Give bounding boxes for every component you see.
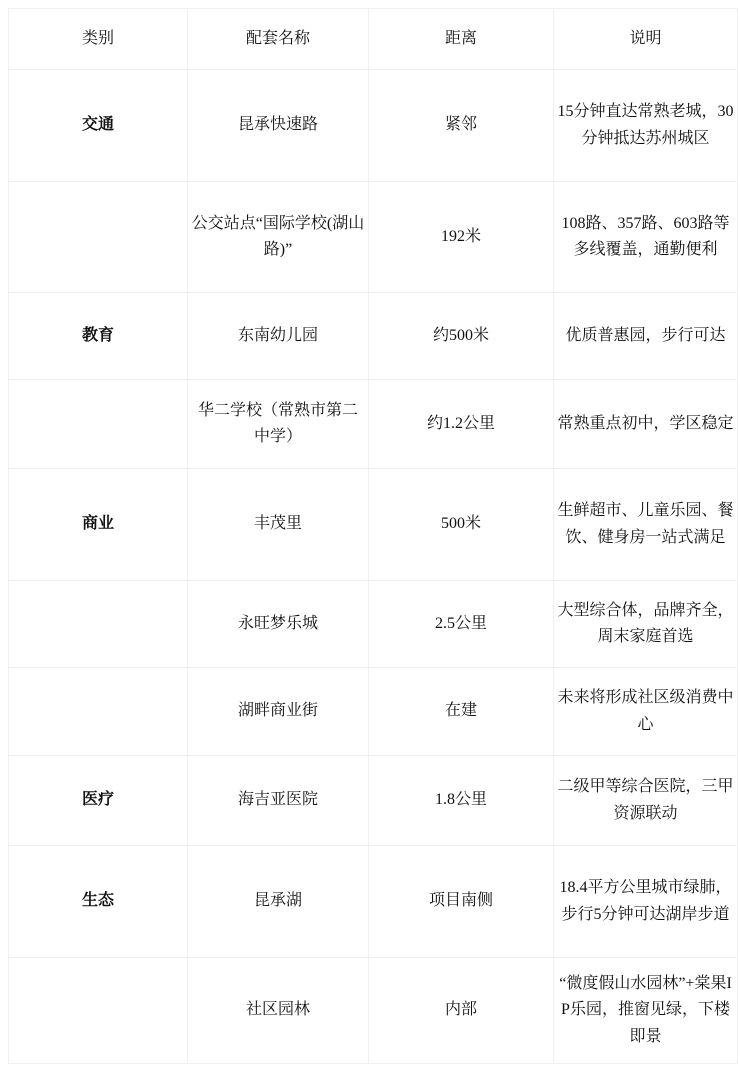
cell-name: 湖畔商业街 bbox=[188, 668, 369, 756]
cell-distance: 1.8公里 bbox=[369, 756, 554, 846]
cell-category: 生态 bbox=[9, 846, 188, 958]
column-header-distance: 距离 bbox=[369, 9, 554, 70]
column-header-description: 说明 bbox=[554, 9, 738, 70]
cell-distance: 500米 bbox=[369, 469, 554, 581]
cell-category bbox=[9, 182, 188, 293]
cell-category: 交通 bbox=[9, 70, 188, 182]
cell-description: 生鲜超市、儿童乐园、餐饮、健身房一站式满足 bbox=[554, 469, 738, 581]
table-row: 社区园林 内部 “微度假山水园林”+棠果IP乐园，推窗见绿，下楼即景 bbox=[9, 958, 738, 1064]
table-row: 湖畔商业街 在建 未来将形成社区级消费中心 bbox=[9, 668, 738, 756]
cell-category bbox=[9, 581, 188, 668]
cell-category bbox=[9, 668, 188, 756]
table-row: 教育 东南幼儿园 约500米 优质普惠园，步行可达 bbox=[9, 293, 738, 380]
cell-category: 商业 bbox=[9, 469, 188, 581]
cell-description: 18.4平方公里城市绿肺，步行5分钟可达湖岸步道 bbox=[554, 846, 738, 958]
cell-category bbox=[9, 380, 188, 469]
page: 类别 配套名称 距离 说明 交通 昆承快速路 紧邻 15分钟直达常熟老城，30分… bbox=[0, 0, 740, 1069]
cell-description: 未来将形成社区级消费中心 bbox=[554, 668, 738, 756]
table-row: 商业 丰茂里 500米 生鲜超市、儿童乐园、餐饮、健身房一站式满足 bbox=[9, 469, 738, 581]
cell-distance: 项目南侧 bbox=[369, 846, 554, 958]
table-row: 医疗 海吉亚医院 1.8公里 二级甲等综合医院，三甲资源联动 bbox=[9, 756, 738, 846]
cell-distance: 约1.2公里 bbox=[369, 380, 554, 469]
cell-description: 大型综合体，品牌齐全，周末家庭首选 bbox=[554, 581, 738, 668]
amenity-table: 类别 配套名称 距离 说明 交通 昆承快速路 紧邻 15分钟直达常熟老城，30分… bbox=[8, 8, 738, 1064]
cell-distance: 在建 bbox=[369, 668, 554, 756]
table-row: 交通 昆承快速路 紧邻 15分钟直达常熟老城，30分钟抵达苏州城区 bbox=[9, 70, 738, 182]
cell-name: 昆承快速路 bbox=[188, 70, 369, 182]
cell-description: “微度假山水园林”+棠果IP乐园，推窗见绿，下楼即景 bbox=[554, 958, 738, 1064]
table-row: 永旺梦乐城 2.5公里 大型综合体，品牌齐全，周末家庭首选 bbox=[9, 581, 738, 668]
column-header-category: 类别 bbox=[9, 9, 188, 70]
cell-description: 15分钟直达常熟老城，30分钟抵达苏州城区 bbox=[554, 70, 738, 182]
cell-name: 社区园林 bbox=[188, 958, 369, 1064]
cell-category: 医疗 bbox=[9, 756, 188, 846]
cell-description: 二级甲等综合医院，三甲资源联动 bbox=[554, 756, 738, 846]
cell-distance: 紧邻 bbox=[369, 70, 554, 182]
cell-name: 昆承湖 bbox=[188, 846, 369, 958]
cell-name: 永旺梦乐城 bbox=[188, 581, 369, 668]
table-row: 华二学校（常熟市第二中学） 约1.2公里 常熟重点初中，学区稳定 bbox=[9, 380, 738, 469]
table-row: 生态 昆承湖 项目南侧 18.4平方公里城市绿肺，步行5分钟可达湖岸步道 bbox=[9, 846, 738, 958]
cell-name: 海吉亚医院 bbox=[188, 756, 369, 846]
cell-distance: 2.5公里 bbox=[369, 581, 554, 668]
cell-category bbox=[9, 958, 188, 1064]
cell-name: 东南幼儿园 bbox=[188, 293, 369, 380]
cell-name: 丰茂里 bbox=[188, 469, 369, 581]
table-row: 公交站点“国际学校(湖山路)” 192米 108路、357路、603路等多线覆盖… bbox=[9, 182, 738, 293]
cell-description: 常熟重点初中，学区稳定 bbox=[554, 380, 738, 469]
cell-distance: 192米 bbox=[369, 182, 554, 293]
cell-description: 优质普惠园，步行可达 bbox=[554, 293, 738, 380]
cell-name: 公交站点“国际学校(湖山路)” bbox=[188, 182, 369, 293]
column-header-name: 配套名称 bbox=[188, 9, 369, 70]
cell-category: 教育 bbox=[9, 293, 188, 380]
cell-name: 华二学校（常熟市第二中学） bbox=[188, 380, 369, 469]
header-row: 类别 配套名称 距离 说明 bbox=[9, 9, 738, 70]
cell-distance: 约500米 bbox=[369, 293, 554, 380]
cell-description: 108路、357路、603路等多线覆盖，通勤便利 bbox=[554, 182, 738, 293]
cell-distance: 内部 bbox=[369, 958, 554, 1064]
